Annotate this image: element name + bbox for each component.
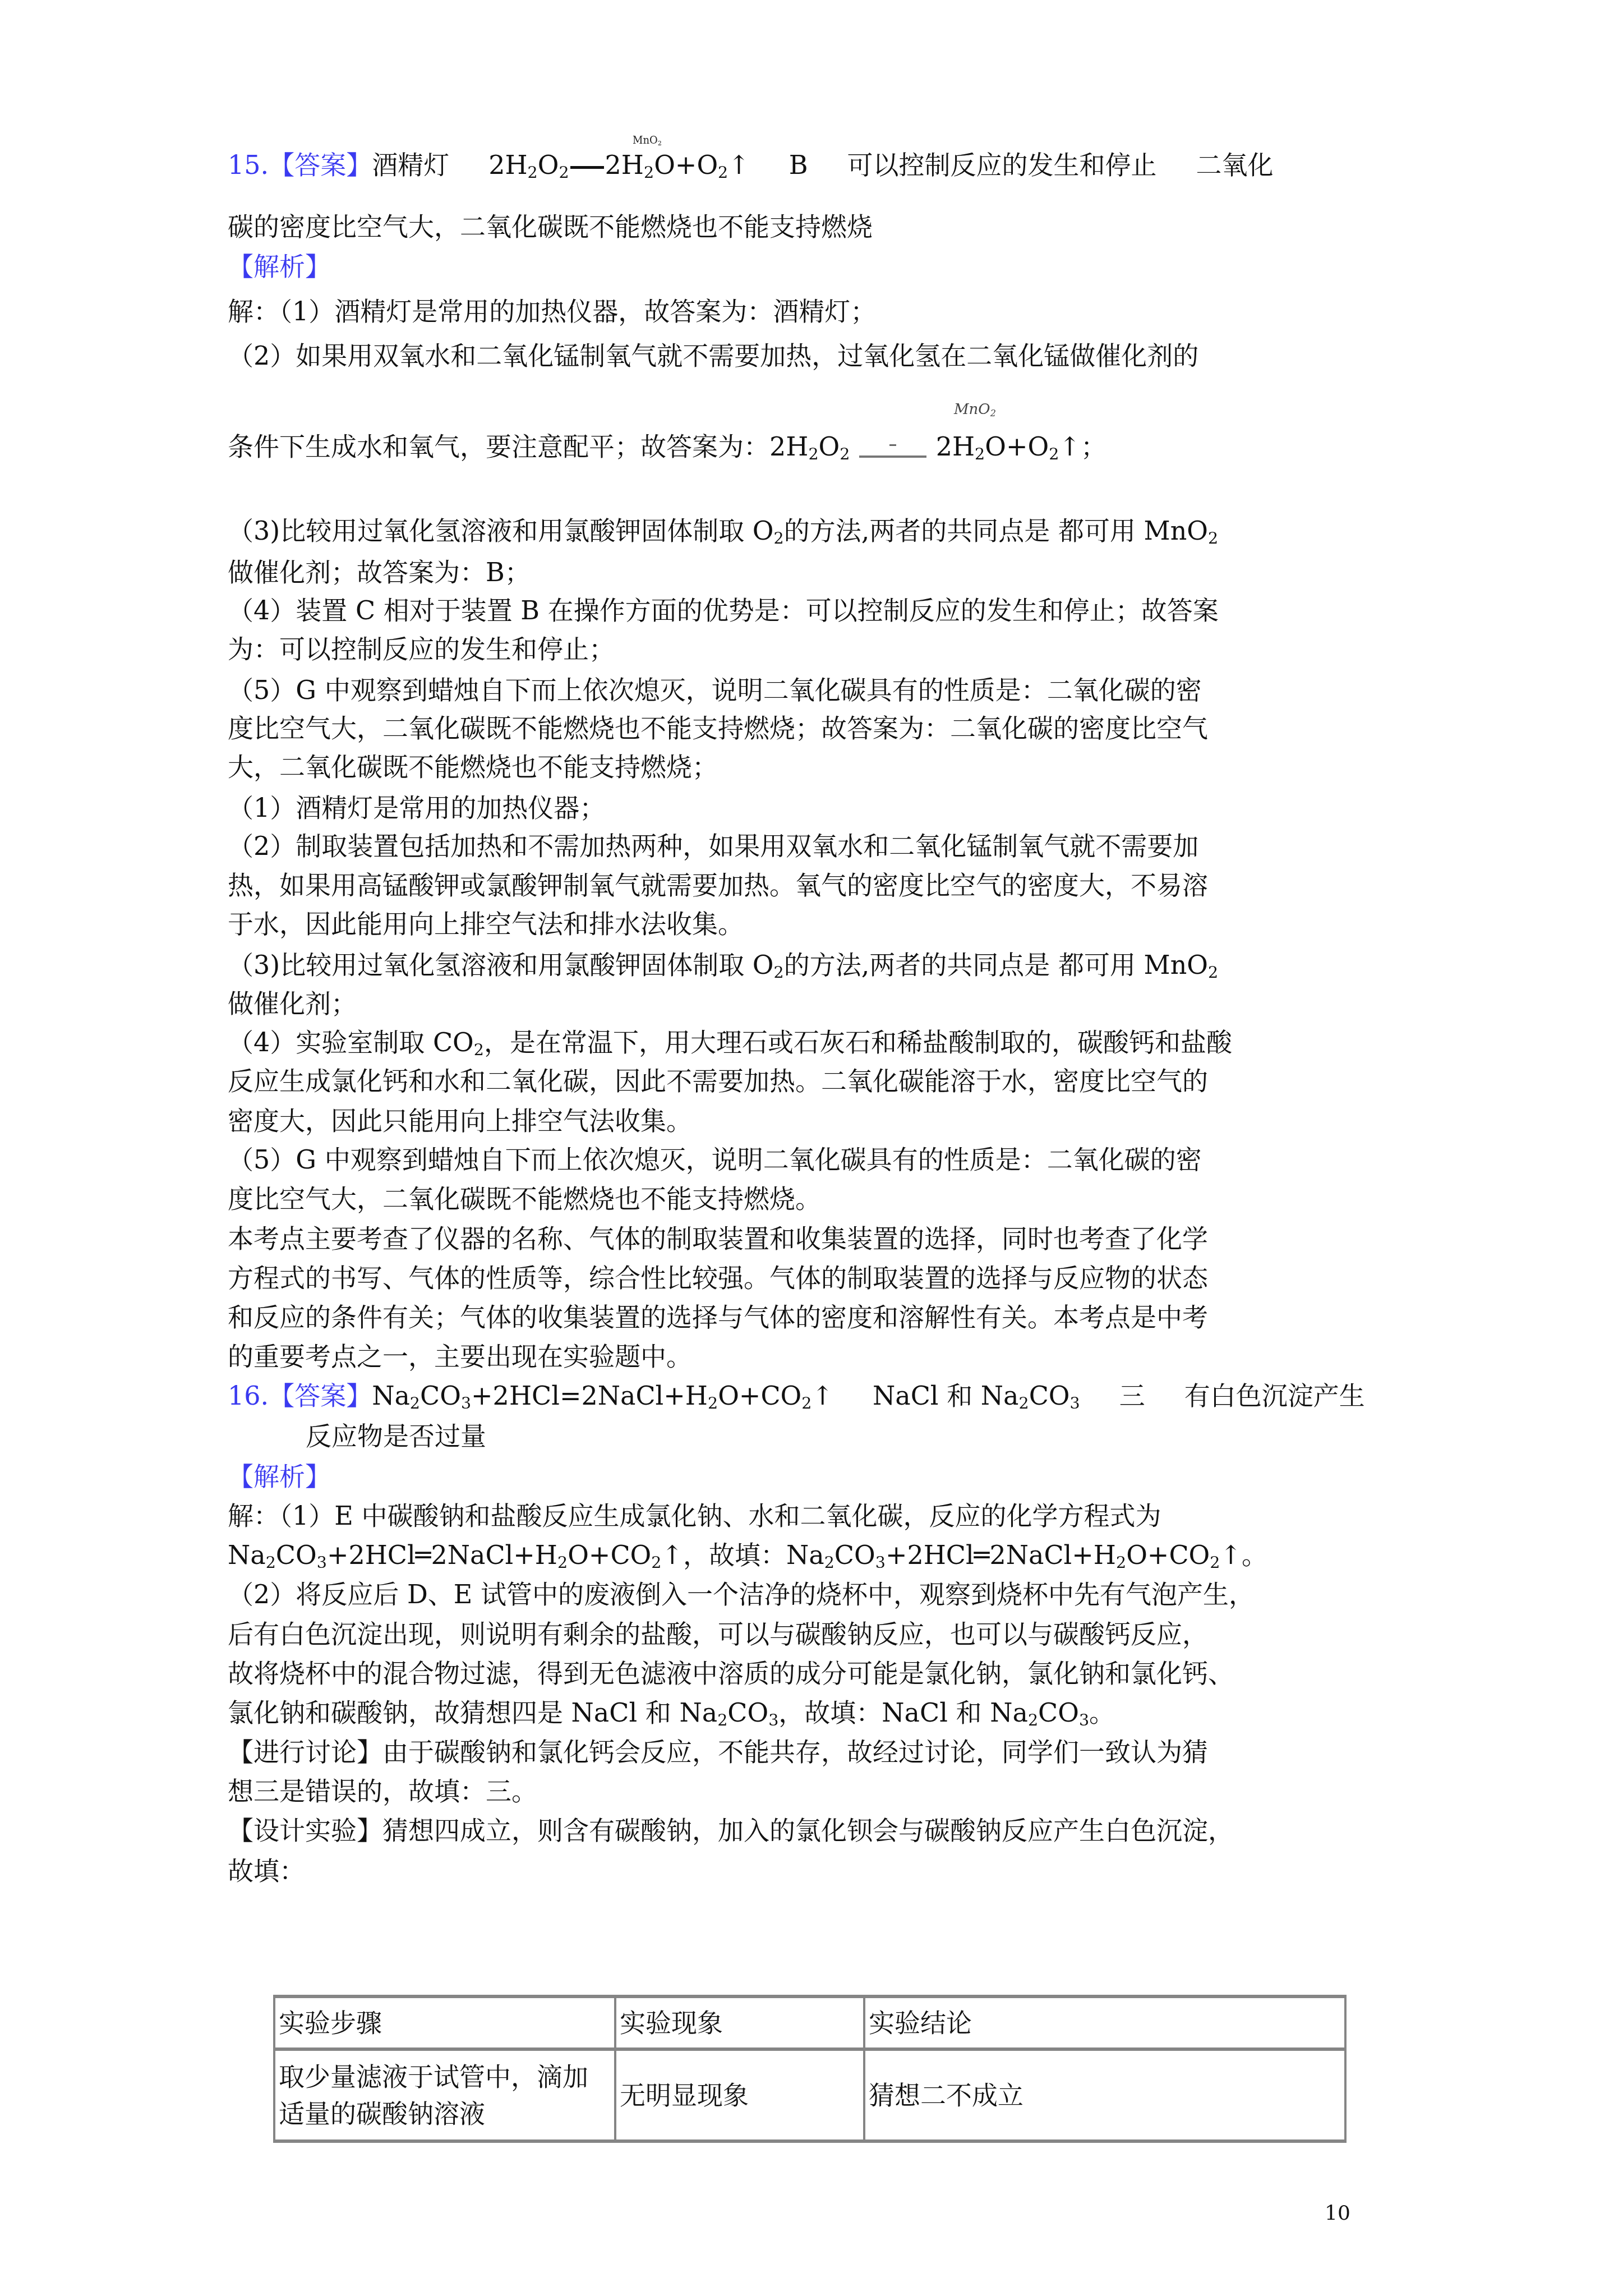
text-line: 于水，因此能用向上排空气法和排水法收集。 — [228, 907, 744, 941]
answer-3: 三 — [1119, 1381, 1145, 1411]
catalyst-label: MnO2 — [633, 135, 662, 146]
text-line: 的重要考点之一，主要出现在实验题中。 — [228, 1340, 692, 1373]
answer-1: 酒精灯 — [372, 150, 449, 180]
text-line: 故填： — [228, 1854, 305, 1888]
text-line: 故将烧杯中的混合物过滤，得到无色滤液中溶质的成分可能是氯化钠，氯化钠和氯化钙、 — [228, 1657, 1234, 1690]
text-line: 【进行讨论】由于碳酸钠和氯化钙会反应，不能共存，故经过讨论，同学们一致认为猜 — [228, 1735, 1208, 1769]
text-line: 【设计实验】猜想四成立，则含有碳酸钠，加入的氯化钡会与碳酸钠反应产生白色沉淀， — [228, 1814, 1234, 1847]
table-cell: 无明显现象 — [615, 2049, 864, 2141]
text-line: 本考点主要考查了仪器的名称、气体的制取装置和收集装置的选择，同时也考查了化学 — [228, 1222, 1208, 1255]
q15-answer-line: 15.【答案】酒精灯2H2O22H2O+O2↑B可以控制反应的发生和停止二氧化 — [228, 148, 1274, 182]
answer-2: NaCl 和 Na2CO3 — [873, 1381, 1080, 1411]
answer-1: Na2CO3+2HCl=2NaCl+H2O+CO2↑ — [372, 1381, 833, 1411]
table-cell: 取少量滤液于试管中，滴加适量的碳酸钠溶液 — [274, 2049, 615, 2141]
text-line: Na2CO3+2HCl═2NaCl+H2O+CO2↑，故填：Na2CO3+2HC… — [228, 1538, 1267, 1572]
catalyst-label: MnO2 — [954, 401, 996, 418]
text-line: 方程式的书写、气体的性质等，综合性比较强。气体的制取装置的选择与反应物的状态 — [228, 1261, 1208, 1295]
text-line: 想三是错误的，故填：三。 — [228, 1774, 537, 1808]
text-line: 为：可以控制反应的发生和停止； — [228, 632, 615, 666]
table-header-cell: 实验结论 — [864, 1996, 1345, 2049]
text-line: 条件下生成水和氧气，要注意配平；故答案为：2H2O2 2H2O+O2↑； — [228, 430, 1106, 463]
text-line: （3)比较用过氧化氢溶液和用氯酸钾固体制取 O2的方法,两者的共同点是 都可用 … — [228, 948, 1218, 982]
answer-tag: 【答案】 — [269, 150, 372, 180]
analysis-tag: 【解析】 — [228, 1460, 331, 1493]
text-line: （1）酒精灯是常用的加热仪器； — [228, 791, 605, 825]
equals-sign-icon — [570, 166, 604, 169]
text-line: 大，二氧化碳既不能燃烧也不能支持燃烧； — [228, 750, 718, 784]
table-header-cell: 实验现象 — [615, 1996, 864, 2049]
text-line: （3)比较用过氧化氢溶液和用氯酸钾固体制取 O2的方法,两者的共同点是 都可用 … — [228, 514, 1218, 547]
answer-5: 反应物是否过量 — [306, 1419, 486, 1453]
table-header-row: 实验步骤 实验现象 实验结论 — [274, 1996, 1345, 2049]
table-header-cell: 实验步骤 — [274, 1996, 615, 2049]
q15-number: 15. — [228, 150, 269, 180]
text-line: （2）将反应后 D、E 试管中的废液倒入一个洁净的烧杯中，观察到烧杯中先有气泡产… — [228, 1577, 1255, 1611]
text-line: 做催化剂； — [228, 987, 357, 1020]
text-line: （4）实验室制取 CO2，是在常温下，用大理石或石灰石和稀盐酸制取的，碳酸钙和盐… — [228, 1025, 1232, 1059]
text-line: 解：（1）E 中碳酸钠和盐酸反应生成氯化钠、水和二氧化碳，反应的化学方程式为 — [228, 1499, 1161, 1533]
text-line: （5）G 中观察到蜡烛自下而上依次熄灭，说明二氧化碳具有的性质是：二氧化碳的密 — [228, 673, 1202, 707]
text-line: （2）如果用双氧水和二氧化锰制氧气就不需要加热，过氧化氢在二氧化锰做催化剂的 — [228, 339, 1198, 372]
experiment-table: 实验步骤 实验现象 实验结论 取少量滤液于试管中，滴加适量的碳酸钠溶液 无明显现… — [273, 1995, 1347, 2143]
text-line: 氯化钠和碳酸钠，故猜想四是 NaCl 和 Na2CO3，故填：NaCl 和 Na… — [228, 1696, 1115, 1729]
text-line: 解：（1）酒精灯是常用的加热仪器，故答案为：酒精灯； — [228, 295, 876, 328]
text-line: （5）G 中观察到蜡烛自下而上依次熄灭，说明二氧化碳具有的性质是：二氧化碳的密 — [228, 1143, 1202, 1176]
table-cell: 猜想二不成立 — [864, 2049, 1345, 2141]
table-row: 取少量滤液于试管中，滴加适量的碳酸钠溶液 无明显现象 猜想二不成立 — [274, 2049, 1345, 2141]
text-line: （4）装置 C 相对于装置 B 在操作方面的优势是：可以控制反应的发生和停止；故… — [228, 593, 1219, 627]
page-number: 10 — [1325, 2202, 1350, 2225]
q16-answer-line: 16.【答案】Na2CO3+2HCl=2NaCl+H2O+CO2↑NaCl 和 … — [228, 1379, 1365, 1412]
answer-tag: 【答案】 — [269, 1381, 372, 1411]
text-line: 度比空气大，二氧化碳既不能燃烧也不能支持燃烧。 — [228, 1182, 821, 1216]
answer-4: 有白色沉淀产生 — [1184, 1381, 1365, 1411]
text-line: 和反应的条件有关；气体的收集装置的选择与气体的密度和溶解性有关。本考点是中考 — [228, 1300, 1208, 1334]
text-line: （2）制取装置包括加热和不需加热两种，如果用双氧水和二氧化锰制氧气就不需要加 — [228, 829, 1198, 863]
analysis-tag: 【解析】 — [228, 250, 331, 283]
text-line: 做催化剂；故答案为：B； — [228, 555, 531, 589]
equation: 2H2O22H2O+O2↑ — [488, 150, 750, 180]
equals-sign-icon — [859, 455, 926, 458]
text-line: 度比空气大，二氧化碳既不能燃烧也不能支持燃烧；故答案为：二氧化碳的密度比空气 — [228, 711, 1208, 745]
answer-5a: 二氧化 — [1196, 150, 1274, 180]
q16-number: 16. — [228, 1381, 269, 1411]
answer-4: 可以控制反应的发生和停止 — [847, 150, 1157, 180]
answer-3: B — [789, 150, 808, 180]
text-line: 后有白色沉淀出现，则说明有剩余的盐酸，可以与碳酸钠反应，也可以与碳酸钙反应， — [228, 1617, 1208, 1651]
text-line: 反应生成氯化钙和水和二氧化碳，因此不需要加热。二氧化碳能溶于水，密度比空气的 — [228, 1064, 1208, 1098]
q15-answer-line-2: 碳的密度比空气大，二氧化碳既不能燃烧也不能支持燃烧 — [228, 210, 873, 243]
text-line: 密度大，因此只能用向上排空气法收集。 — [228, 1104, 692, 1138]
text-line: 热，如果用高锰酸钾或氯酸钾制氧气就需要加热。氧气的密度比空气的密度大，不易溶 — [228, 868, 1208, 902]
